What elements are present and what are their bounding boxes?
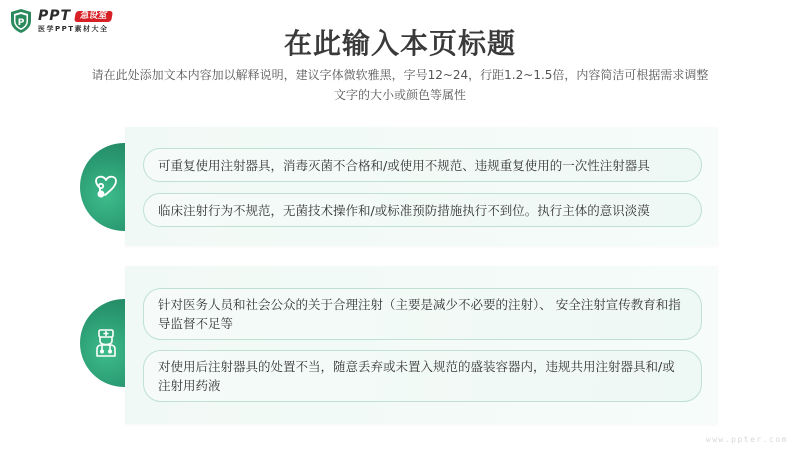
watermark: www.ppter.com (706, 435, 788, 444)
list-item: 对使用后注射器具的处置不当，随意丢弃或未置入规范的盛装容器内，违规共用注射器具和… (143, 350, 702, 402)
list-item-text: 对使用后注射器具的处置不当，随意丢弃或未置入规范的盛装容器内，违规共用注射器具和… (158, 357, 687, 395)
page-subtitle: 请在此处添加文本内容加以解释说明，建议字体微软雅黑，字号12~24，行距1.2~… (90, 65, 710, 105)
stethoscope-heart-icon (92, 171, 120, 203)
list-item: 临床注射行为不规范，无菌技术操作和/或标准预防措施执行不到位。执行主体的意识淡漠 (143, 193, 702, 227)
list-item-text: 临床注射行为不规范，无菌技术操作和/或标准预防措施执行不到位。执行主体的意识淡漠 (158, 201, 650, 220)
doctor-icon (92, 327, 120, 359)
logo-badge: 急设室 (74, 11, 113, 22)
list-item-text: 针对医务人员和社会公众的关于合理注射（主要是减少不必要的注射）、 安全注射宣传教… (158, 295, 687, 333)
list-item: 针对医务人员和社会公众的关于合理注射（主要是减少不必要的注射）、 安全注射宣传教… (143, 288, 702, 340)
page-title: 在此输入本页标题 (0, 22, 800, 62)
section-badge-1 (80, 143, 125, 231)
section-badge-2 (80, 299, 125, 387)
list-item-text: 可重复使用注射器具，消毒灭菌不合格和/或使用不规范、违规重复使用的一次性注射器具 (158, 156, 650, 175)
section-panel-1 (125, 127, 718, 246)
list-item: 可重复使用注射器具，消毒灭菌不合格和/或使用不规范、违规重复使用的一次性注射器具 (143, 148, 702, 182)
logo-brand: PPT (38, 9, 71, 23)
